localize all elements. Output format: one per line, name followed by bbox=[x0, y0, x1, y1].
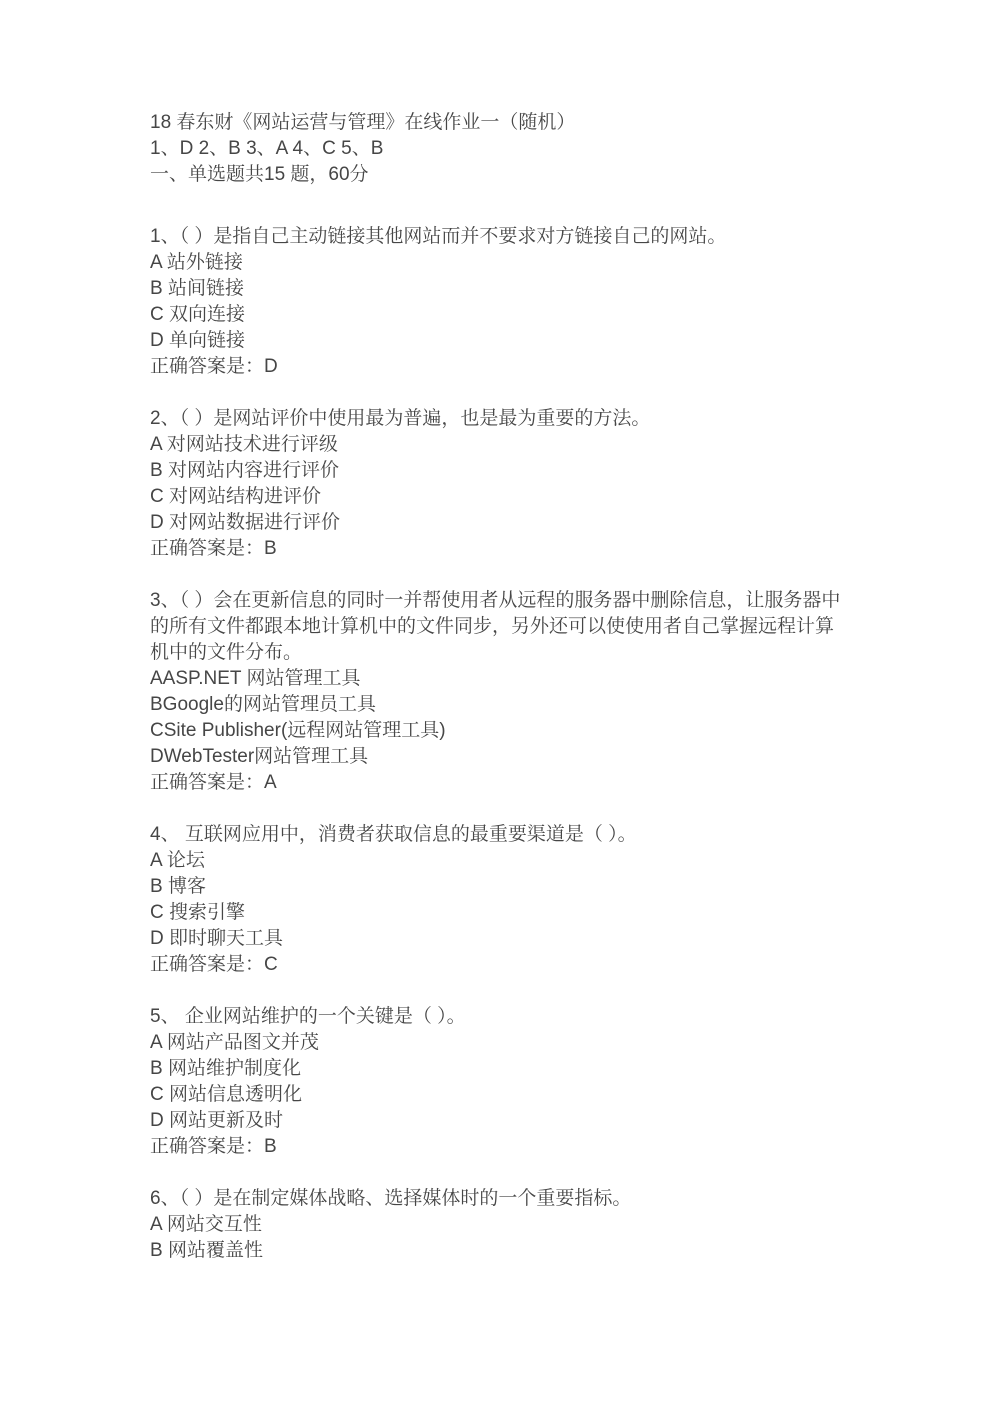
question-text: 4、 互联网应用中，消费者获取信息的最重要渠道是（ ）。 bbox=[150, 822, 845, 848]
question-text: 3、（ ）会在更新信息的同时一并帮使用者从远程的服务器中删除信息，让服务器中的所… bbox=[150, 588, 845, 666]
question-text: 5、 企业网站维护的一个关键是（ ）。 bbox=[150, 1004, 845, 1030]
option-line: C 网站信息透明化 bbox=[150, 1082, 845, 1108]
option-line: B 站间链接 bbox=[150, 276, 845, 302]
question-text: 2、（ ）是网站评价中使用最为普遍，也是最为重要的方法。 bbox=[150, 406, 845, 432]
document-page: 18 春东财《网站运营与管理》在线作业一（随机） 1、D 2、B 3、A 4、C… bbox=[0, 0, 993, 1404]
option-line: C 双向连接 bbox=[150, 302, 845, 328]
option-line: A 对网站技术进行评级 bbox=[150, 432, 845, 458]
option-line: B 网站覆盖性 bbox=[150, 1238, 845, 1264]
question-5: 5、 企业网站维护的一个关键是（ ）。 A 网站产品图文并茂 B 网站维护制度化… bbox=[150, 1004, 845, 1160]
option-line: B 博客 bbox=[150, 874, 845, 900]
option-line: A 网站交互性 bbox=[150, 1212, 845, 1238]
question-text: 6、（ ）是在制定媒体战略、选择媒体时的一个重要指标。 bbox=[150, 1186, 845, 1212]
answer-line: 正确答案是：A bbox=[150, 770, 845, 796]
option-line: CSite Publisher(远程网站管理工具) bbox=[150, 718, 845, 744]
option-line: B 对网站内容进行评价 bbox=[150, 458, 845, 484]
option-line: BGoogle的网站管理员工具 bbox=[150, 692, 845, 718]
question-6: 6、（ ）是在制定媒体战略、选择媒体时的一个重要指标。 A 网站交互性 B 网站… bbox=[150, 1186, 845, 1264]
answer-key-line: 1、D 2、B 3、A 4、C 5、B bbox=[150, 136, 845, 162]
question-4: 4、 互联网应用中，消费者获取信息的最重要渠道是（ ）。 A 论坛 B 博客 C… bbox=[150, 822, 845, 978]
answer-line: 正确答案是：D bbox=[150, 354, 845, 380]
option-line: B 网站维护制度化 bbox=[150, 1056, 845, 1082]
question-1: 1、（ ）是指自己主动链接其他网站而并不要求对方链接自己的网站。 A 站外链接 … bbox=[150, 224, 845, 380]
option-line: AASP.NET 网站管理工具 bbox=[150, 666, 845, 692]
option-line: A 网站产品图文并茂 bbox=[150, 1030, 845, 1056]
question-2: 2、（ ）是网站评价中使用最为普遍，也是最为重要的方法。 A 对网站技术进行评级… bbox=[150, 406, 845, 562]
section-heading: 一、单选题共15 题，60分 bbox=[150, 162, 845, 188]
option-line: D 对网站数据进行评价 bbox=[150, 510, 845, 536]
option-line: DWebTester网站管理工具 bbox=[150, 744, 845, 770]
question-3: 3、（ ）会在更新信息的同时一并帮使用者从远程的服务器中删除信息，让服务器中的所… bbox=[150, 588, 845, 796]
option-line: C 搜索引擎 bbox=[150, 900, 845, 926]
answer-line: 正确答案是：B bbox=[150, 536, 845, 562]
option-line: A 站外链接 bbox=[150, 250, 845, 276]
option-line: A 论坛 bbox=[150, 848, 845, 874]
option-line: D 单向链接 bbox=[150, 328, 845, 354]
answer-line: 正确答案是：C bbox=[150, 952, 845, 978]
option-line: D 网站更新及时 bbox=[150, 1108, 845, 1134]
option-line: D 即时聊天工具 bbox=[150, 926, 845, 952]
option-line: C 对网站结构进评价 bbox=[150, 484, 845, 510]
document-header: 18 春东财《网站运营与管理》在线作业一（随机） 1、D 2、B 3、A 4、C… bbox=[150, 110, 845, 188]
document-title: 18 春东财《网站运营与管理》在线作业一（随机） bbox=[150, 110, 845, 136]
question-text: 1、（ ）是指自己主动链接其他网站而并不要求对方链接自己的网站。 bbox=[150, 224, 845, 250]
answer-line: 正确答案是：B bbox=[150, 1134, 845, 1160]
